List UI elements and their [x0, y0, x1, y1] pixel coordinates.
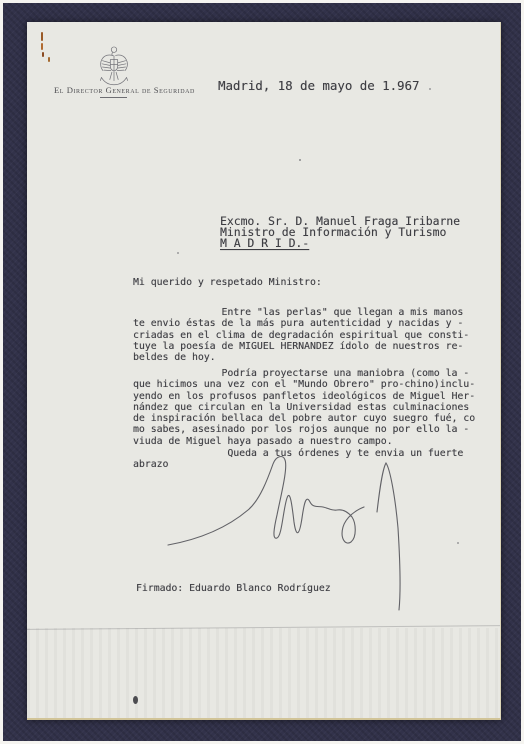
- letterhead-agency-title: El Director General de Seguridad: [54, 85, 184, 95]
- recipient-city: M A D R I D.-: [220, 238, 460, 249]
- rust-stain: [42, 52, 44, 57]
- speck: [177, 252, 179, 254]
- signed-by-line: Firmado: Eduardo Blanco Rodríguez: [136, 583, 331, 594]
- scan-texture: [27, 628, 500, 718]
- paragraph-2: Podría proyectarse una maniobra (como la…: [133, 368, 475, 447]
- rust-stain: [48, 57, 50, 62]
- rust-stain: [41, 32, 43, 41]
- letter-paper: El Director General de Seguridad Madrid,…: [27, 22, 501, 720]
- ink-blot: [133, 696, 138, 704]
- recipient-block: Excmo. Sr. D. Manuel Fraga Iribarne Mini…: [220, 216, 460, 250]
- speck: [429, 88, 431, 90]
- letterhead-rule: [100, 97, 127, 98]
- speck: [299, 159, 301, 161]
- scanned-letter-page: El Director General de Seguridad Madrid,…: [0, 0, 524, 744]
- speck: [457, 542, 459, 544]
- date-line: Madrid, 18 de mayo de 1.967: [218, 80, 419, 92]
- speck: [287, 442, 289, 444]
- paragraph-1: Entre "las perlas" que llegan a mis mano…: [133, 307, 469, 363]
- salutation: Mi querido y respetado Ministro:: [133, 277, 322, 288]
- eagle-emblem-icon: [99, 46, 129, 90]
- rust-stain: [41, 43, 43, 50]
- scan-background: El Director General de Seguridad Madrid,…: [3, 3, 521, 741]
